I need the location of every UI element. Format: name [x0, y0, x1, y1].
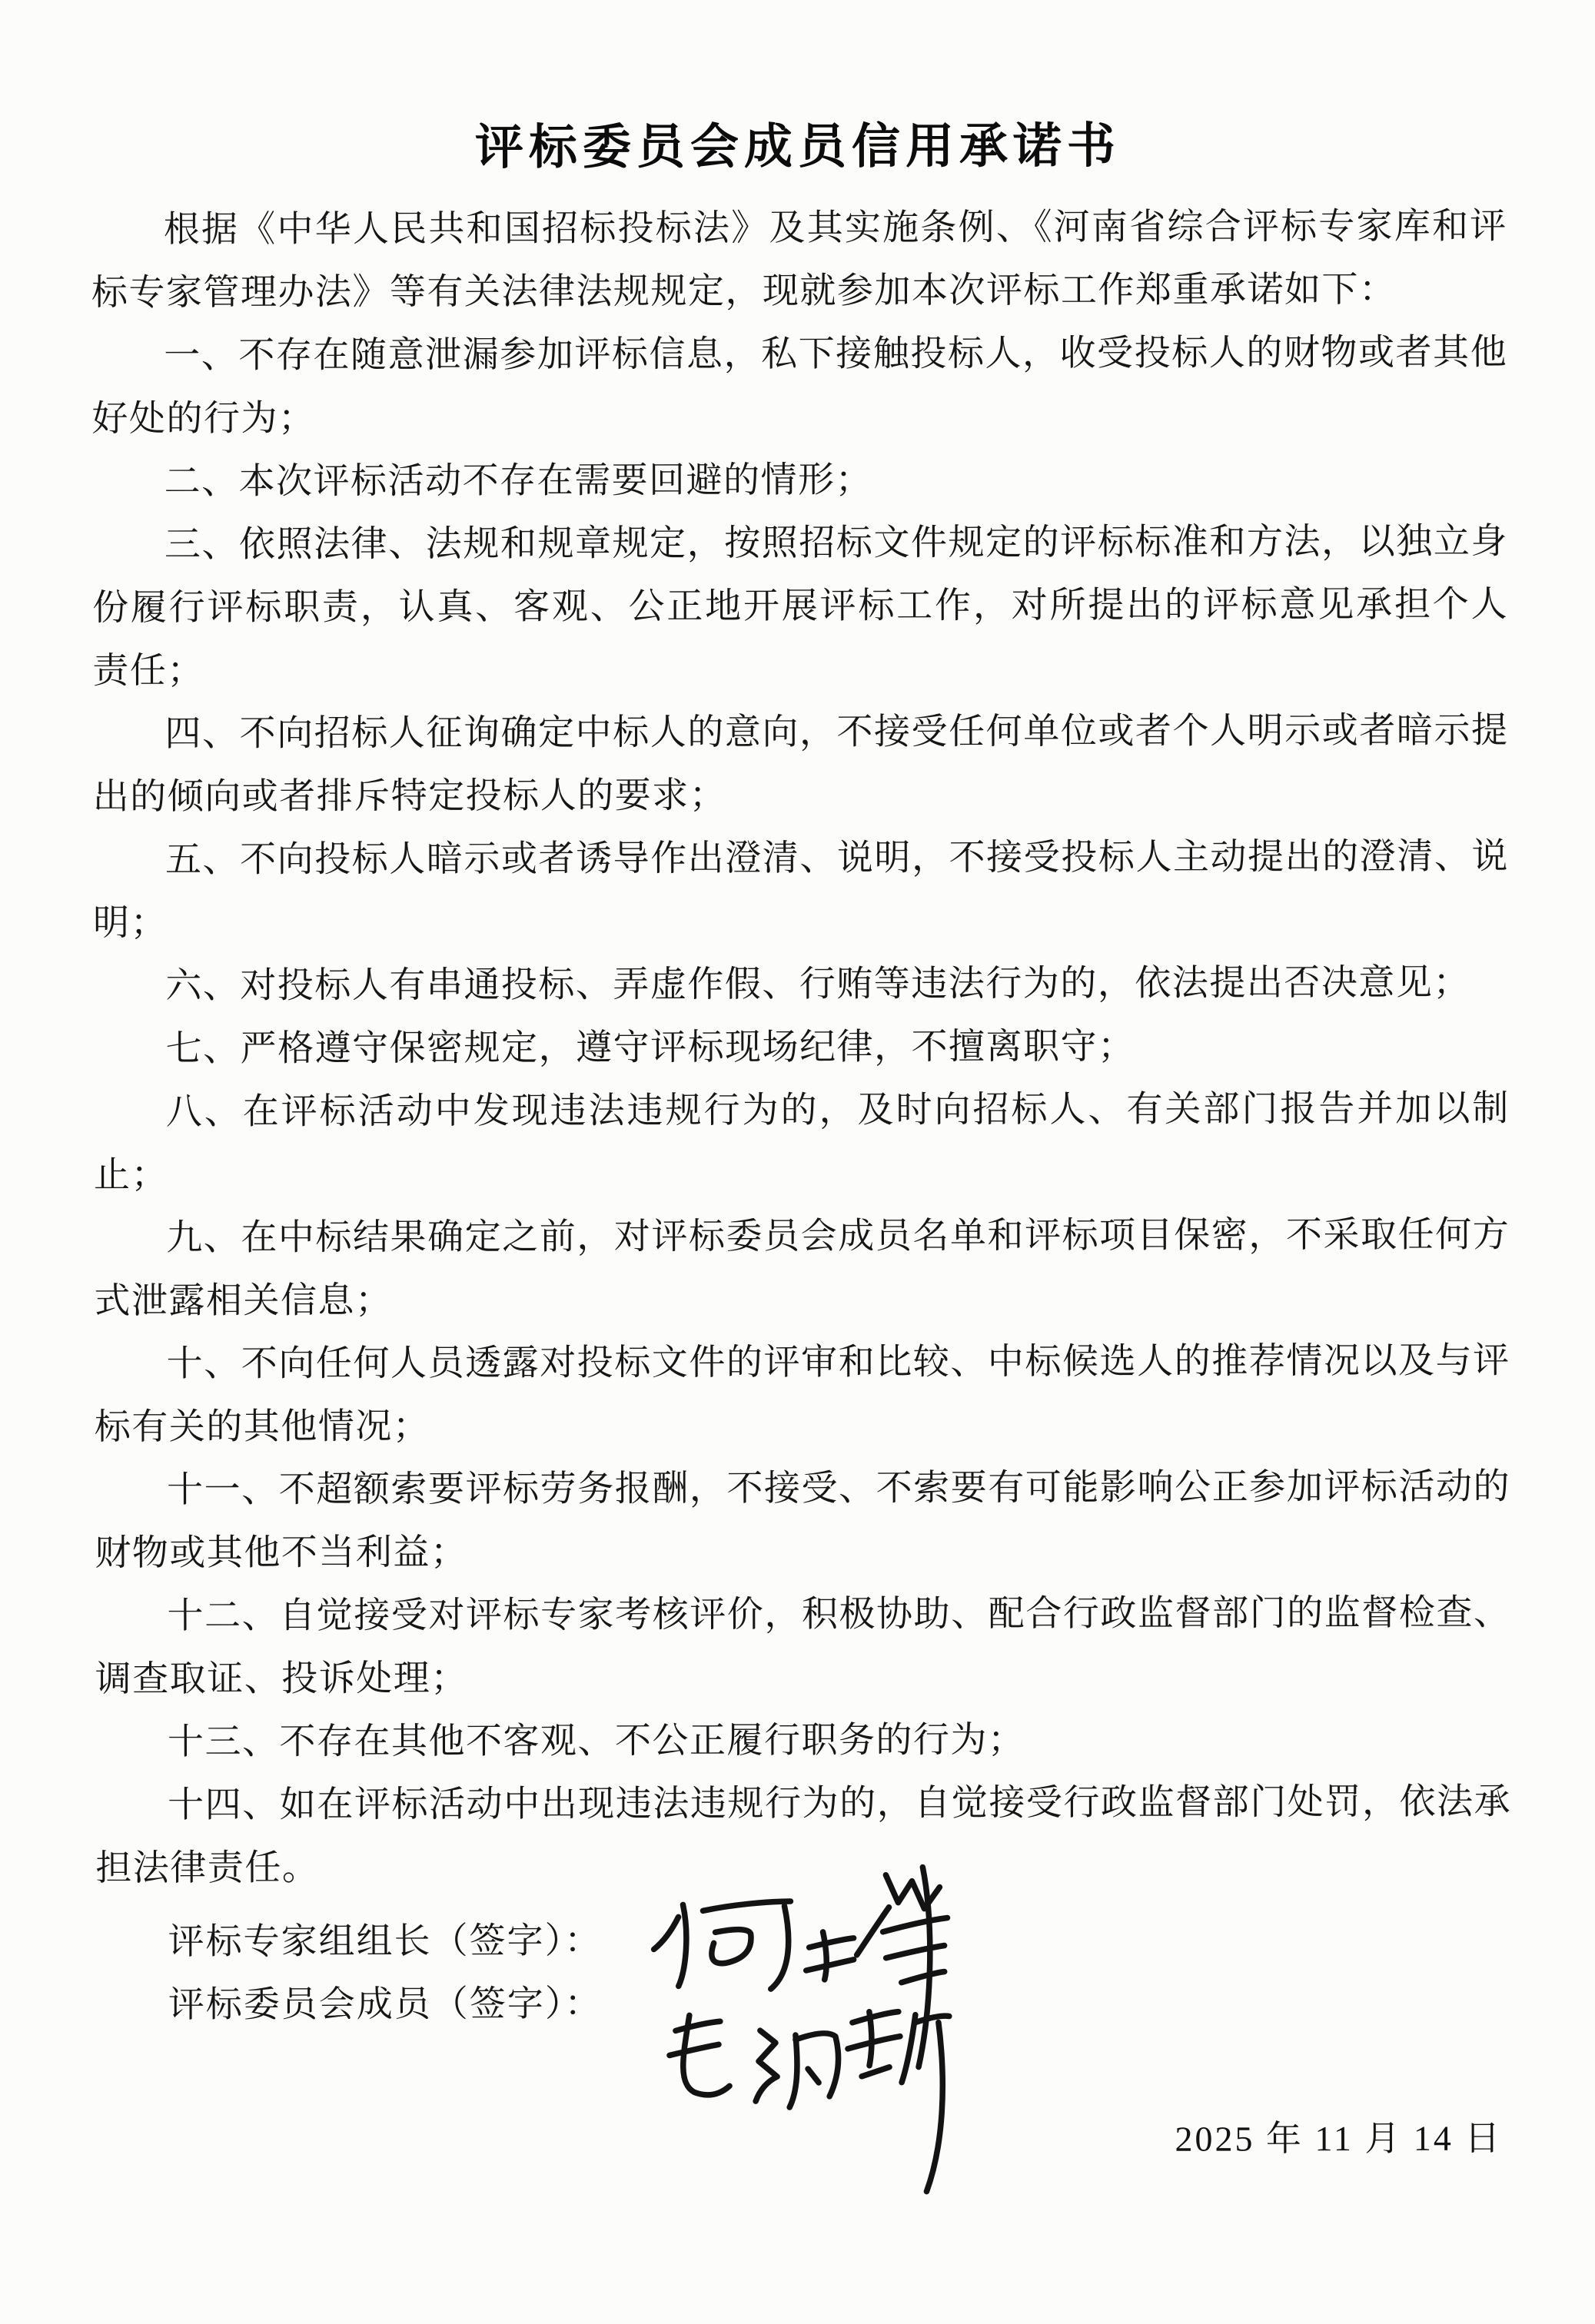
document-page: 评标委员会成员信用承诺书 根据《中华人民共和国招标投标法》及其实施条例、《河南省…: [0, 0, 1595, 2324]
commitment-item-1: 一、不存在随意泄漏参加评标信息，私下接触投标人，收受投标人的财物或者其他好处的行…: [91, 321, 1507, 451]
document-title: 评标委员会成员信用承诺书: [0, 105, 1595, 179]
commitment-item-3: 三、依照法律、法规和规章规定，按照招标文件规定的评标标准和方法，以独立身份履行评…: [92, 510, 1509, 703]
member-signature-handwriting: [643, 1967, 1005, 2213]
commitment-item-6: 六、对投标人有串通投标、弄虚作假、行贿等违法行为的，依法提出否决意见；: [93, 951, 1509, 1018]
intro-paragraph: 根据《中华人民共和国招标投标法》及其实施条例、《河南省综合评标专家库和评标专家管…: [91, 195, 1507, 325]
commitment-item-9: 九、在中标结果确定之前，对评标委员会成员名单和评标项目保密，不采取任何方式泄露相…: [94, 1203, 1510, 1333]
commitment-item-8: 八、在评标活动中发现违法违规行为的，及时向招标人、有关部门报告并加以制止；: [94, 1077, 1510, 1207]
commitment-item-10: 十、不向任何人员透露对投标文件的评审和比较、中标候选人的推荐情况以及与评标有关的…: [95, 1330, 1510, 1459]
commitment-item-4: 四、不向招标人征询确定中标人的意向，不接受任何单位或者个人明示或者暗示提出的倾向…: [92, 699, 1508, 829]
signature-block: 评标专家组组长（签字）： 评标委员会成员（签字）：: [168, 1910, 603, 2037]
commitment-list: 一、不存在随意泄漏参加评标信息，私下接触投标人，收受投标人的财物或者其他好处的行…: [91, 321, 1511, 1901]
commitment-item-7: 七、严格遵守保密规定，遵守评标现场纪律，不擅离职守；: [93, 1014, 1509, 1081]
commitment-item-2: 二、本次评标活动不存在需要回避的情形；: [92, 447, 1508, 514]
commitment-item-5: 五、不向投标人暗示或者诱导作出澄清、说明，不接受投标人主动提出的澄清、说明；: [93, 825, 1509, 955]
document-body: 根据《中华人民共和国招标投标法》及其实施条例、《河南省综合评标专家库和评标专家管…: [91, 195, 1512, 1901]
leader-signature-label: 评标专家组组长（签字）：: [168, 1910, 603, 1974]
document-date: 2025 年 11 月 14 日: [1175, 2110, 1502, 2162]
commitment-item-14: 十四、如在评标活动中出现违法违规行为的，自觉接受行政监督部门处罚，依法承担法律责…: [95, 1771, 1511, 1901]
commitment-item-13: 十三、不存在其他不客观、不公正履行职务的行为；: [95, 1708, 1511, 1775]
member-signature-label: 评标委员会成员（签字）：: [168, 1973, 603, 2037]
commitment-item-11: 十一、不超额索要评标劳务报酬，不接受、不索要有可能影响公正参加评标活动的财物或其…: [95, 1456, 1510, 1585]
commitment-item-12: 十二、自觉接受对评标专家考核评价，积极协助、配合行政监督部门的监督检查、调查取证…: [95, 1582, 1510, 1711]
